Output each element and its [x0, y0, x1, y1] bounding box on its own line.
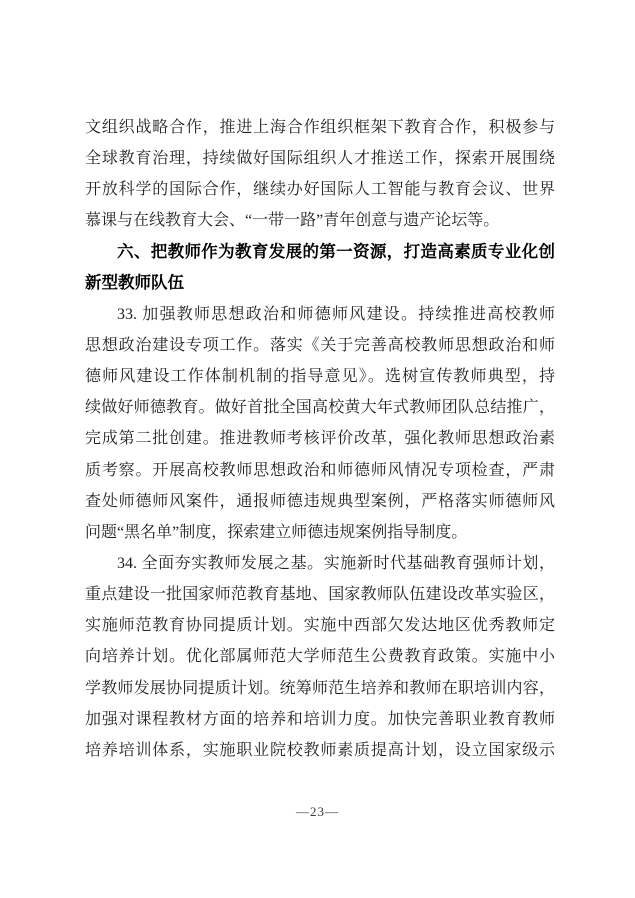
- text-line: 质考察。开展高校教师思想政治和师德师风情况专项检查，严肃: [85, 455, 555, 486]
- text-line: 学教师发展协同提质计划。统筹师范生培养和教师在职培训内容，: [85, 673, 555, 704]
- text-line: 查处师德师风案件，通报师德违规典型案例，严格落实师德师风: [85, 486, 555, 517]
- text-line: 思想政治建设专项工作。落实《关于完善高校教师思想政治和师: [85, 330, 555, 361]
- section-heading-line: 六、把教师作为教育发展的第一资源，打造高素质专业化创: [85, 237, 555, 268]
- text-line: 完成第二批创建。推进教师考核评价改革，强化教师思想政治素: [85, 423, 555, 454]
- document-page: 文组织战略合作，推进上海合作组织框架下教育合作，积极参与全球教育治理，持续做好国…: [0, 0, 635, 898]
- text-line: 问题“黑名单”制度，探索建立师德违规案例指导制度。: [85, 517, 555, 548]
- text-line: 34. 全面夯实教师发展之基。实施新时代基础教育强师计划，: [85, 548, 555, 579]
- text-line: 33. 加强教师思想政治和师德师风建设。持续推进高校教师: [85, 299, 555, 330]
- text-line: 加强对课程教材方面的培养和培训力度。加快完善职业教育教师: [85, 704, 555, 735]
- section-heading-line: 新型教师队伍: [85, 268, 555, 299]
- text-line: 开放科学的国际合作，继续办好国际人工智能与教育会议、世界: [85, 174, 555, 205]
- text-line: 全球教育治理，持续做好国际组织人才推送工作，探索开展围绕: [85, 143, 555, 174]
- text-line: 向培养计划。优化部属师范大学师范生公费教育政策。实施中小: [85, 641, 555, 672]
- text-line: 文组织战略合作，推进上海合作组织框架下教育合作，积极参与: [85, 112, 555, 143]
- text-line: 实施师范教育协同提质计划。实施中西部欠发达地区优秀教师定: [85, 610, 555, 641]
- text-line: 培养培训体系，实施职业院校教师素质提高计划，设立国家级示: [85, 735, 555, 766]
- text-line: 德师风建设工作体制机制的指导意见》。选树宣传教师典型，持: [85, 361, 555, 392]
- text-line: 续做好师德教育。做好首批全国高校黄大年式教师团队总结推广，: [85, 392, 555, 423]
- document-body: 文组织战略合作，推进上海合作组织框架下教育合作，积极参与全球教育治理，持续做好国…: [85, 112, 555, 766]
- text-line: 慕课与在线教育大会、“一带一路”青年创意与遗产论坛等。: [85, 205, 555, 236]
- page-number: —23—: [0, 804, 635, 820]
- text-line: 重点建设一批国家师范教育基地、国家教师队伍建设改革实验区，: [85, 579, 555, 610]
